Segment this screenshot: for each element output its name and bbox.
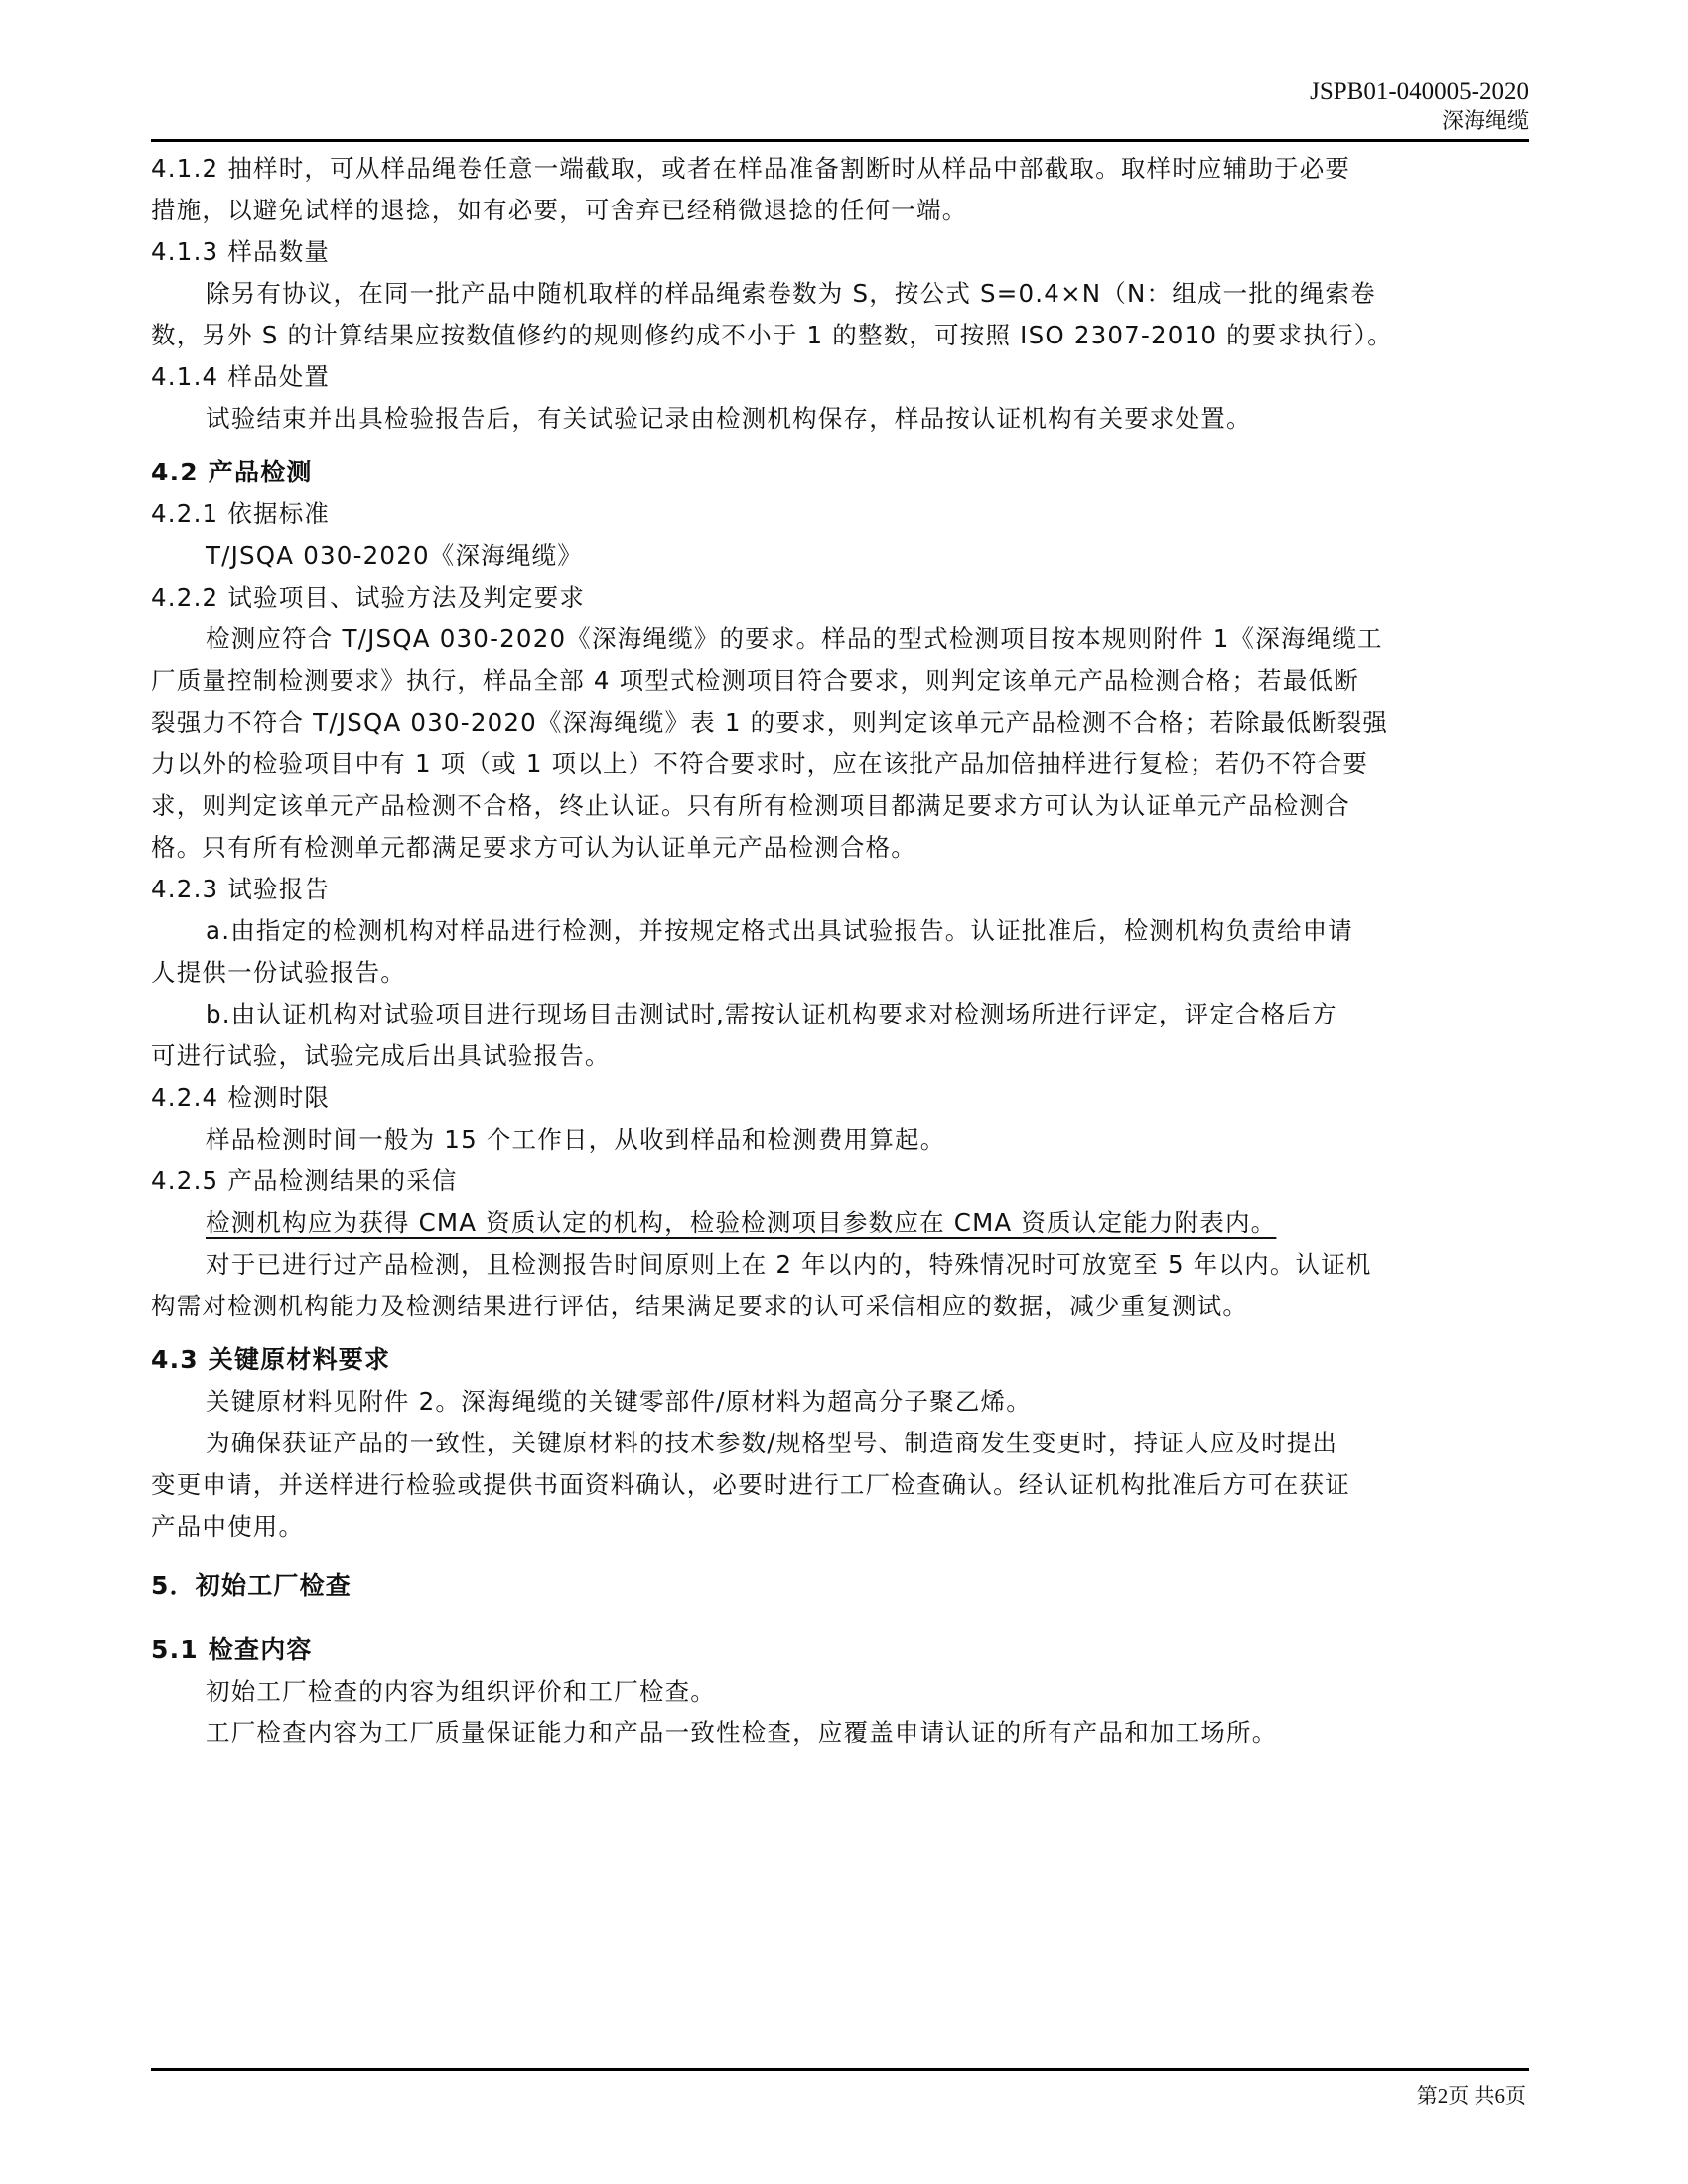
- paragraph-4-2-5-underlined: 检测机构应为获得 CMA 资质认定的机构，检验检测项目参数应在 CMA 资质认定…: [151, 1205, 1541, 1247]
- paragraph-4-2-3-a: a.由指定的检测机构对样品进行检测，并按规定格式出具试验报告。认证批准后，检测机…: [151, 913, 1541, 955]
- paragraph-4-3-b-cont: 产品中使用。: [151, 1509, 1541, 1551]
- paragraph-4-2-4: 样品检测时间一般为 15 个工作日，从收到样品和检测费用算起。: [151, 1122, 1541, 1163]
- heading-5: 5．初始工厂检查: [151, 1569, 1541, 1610]
- document-code: JSPB01-040005-2020: [149, 77, 1529, 107]
- paragraph-4-2-2-cont: 求，则判定该单元产品检测不合格，终止认证。只有所有检测项目都满足要求方可认为认证…: [151, 788, 1541, 830]
- paragraph-4-3-b: 为确保获证产品的一致性，关键原材料的技术参数/规格型号、制造商发生变更时，持证人…: [151, 1426, 1541, 1467]
- paragraph-4-3-b-cont: 变更申请，并送样进行检验或提供书面资料确认，必要时进行工厂检查确认。经认证机构批…: [151, 1467, 1541, 1509]
- page-indicator: 第2页 共6页: [151, 2080, 1526, 2110]
- paragraph-4-1-2: 4.1.2 抽样时，可从样品绳卷任意一端截取，或者在样品准备割断时从样品中部截取…: [151, 151, 1541, 193]
- paragraph-4-2-2-cont: 裂强力不符合 T/JSQA 030-2020《深海绳缆》表 1 的要求，则判定该…: [151, 705, 1541, 747]
- heading-4-3: 4.3 关键原材料要求: [151, 1342, 1541, 1384]
- heading-4-2-1: 4.2.1 依据标准: [151, 496, 1541, 538]
- paragraph-4-1-2-cont: 措施，以避免试样的退捻，如有必要，可舍弃已经稍微退捻的任何一端。: [151, 193, 1541, 234]
- paragraph-4-2-2-cont: 厂质量控制检测要求》执行，样品全部 4 项型式检测项目符合要求，则判定该单元产品…: [151, 663, 1541, 705]
- heading-4-2: 4.2 产品检测: [151, 455, 1541, 496]
- paragraph-5-1: 初始工厂检查的内容为组织评价和工厂检查。: [151, 1674, 1541, 1715]
- heading-4-2-5: 4.2.5 产品检测结果的采信: [151, 1163, 1541, 1205]
- underlined-text: 检测机构应为获得 CMA 资质认定的机构，检验检测项目参数应在 CMA 资质认定…: [206, 1208, 1276, 1237]
- paragraph-4-1-3: 除另有协议，在同一批产品中随机取样的样品绳索卷数为 S，按公式 S=0.4×N（…: [151, 276, 1541, 318]
- paragraph-4-2-1: T/JSQA 030-2020《深海绳缆》: [151, 538, 1541, 580]
- paragraph-4-2-2-cont: 力以外的检验项目中有 1 项（或 1 项以上）不符合要求时，应在该批产品加倍抽样…: [151, 747, 1541, 788]
- header-divider: [151, 139, 1529, 142]
- paragraph-4-2-3-b: b.由认证机构对试验项目进行现场目击测试时,需按认证机构要求对检测场所进行评定，…: [151, 997, 1541, 1038]
- heading-4-2-3: 4.2.3 试验报告: [151, 872, 1541, 913]
- paragraph-4-3: 关键原材料见附件 2。深海绳缆的关键零部件/原材料为超高分子聚乙烯。: [151, 1384, 1541, 1426]
- heading-4-2-2: 4.2.2 试验项目、试验方法及判定要求: [151, 580, 1541, 621]
- heading-5-1: 5.1 检查内容: [151, 1632, 1541, 1674]
- paragraph-4-2-3-a-cont: 人提供一份试验报告。: [151, 955, 1541, 997]
- document-body: 4.1.2 抽样时，可从样品绳卷任意一端截取，或者在样品准备割断时从样品中部截取…: [151, 151, 1541, 1757]
- paragraph-4-1-3-cont: 数，另外 S 的计算结果应按数值修约的规则修约成不小于 1 的整数，可按照 IS…: [151, 318, 1541, 359]
- heading-4-2-4: 4.2.4 检测时限: [151, 1080, 1541, 1122]
- footer-divider: [151, 2068, 1529, 2071]
- paragraph-4-2-3-b-cont: 可进行试验，试验完成后出具试验报告。: [151, 1038, 1541, 1080]
- heading-4-1-3: 4.1.3 样品数量: [151, 234, 1541, 276]
- paragraph-5-1-b: 工厂检查内容为工厂质量保证能力和产品一致性检查，应覆盖申请认证的所有产品和加工场…: [151, 1715, 1541, 1757]
- page-header: JSPB01-040005-2020 深海绳缆: [149, 77, 1529, 137]
- paragraph-4-2-5: 对于已进行过产品检测，且检测报告时间原则上在 2 年以内的，特殊情况时可放宽至 …: [151, 1247, 1541, 1289]
- heading-4-1-4: 4.1.4 样品处置: [151, 359, 1541, 401]
- paragraph-4-2-2: 检测应符合 T/JSQA 030-2020《深海绳缆》的要求。样品的型式检测项目…: [151, 621, 1541, 663]
- document-subject: 深海绳缆: [149, 107, 1529, 137]
- paragraph-4-2-5-cont: 构需对检测机构能力及检测结果进行评估，结果满足要求的认可采信相应的数据，减少重复…: [151, 1289, 1541, 1330]
- paragraph-4-2-2-cont: 格。只有所有检测单元都满足要求方可认为认证单元产品检测合格。: [151, 830, 1541, 872]
- paragraph-4-1-4: 试验结束并出具检验报告后，有关试验记录由检测机构保存，样品按认证机构有关要求处置…: [151, 401, 1541, 443]
